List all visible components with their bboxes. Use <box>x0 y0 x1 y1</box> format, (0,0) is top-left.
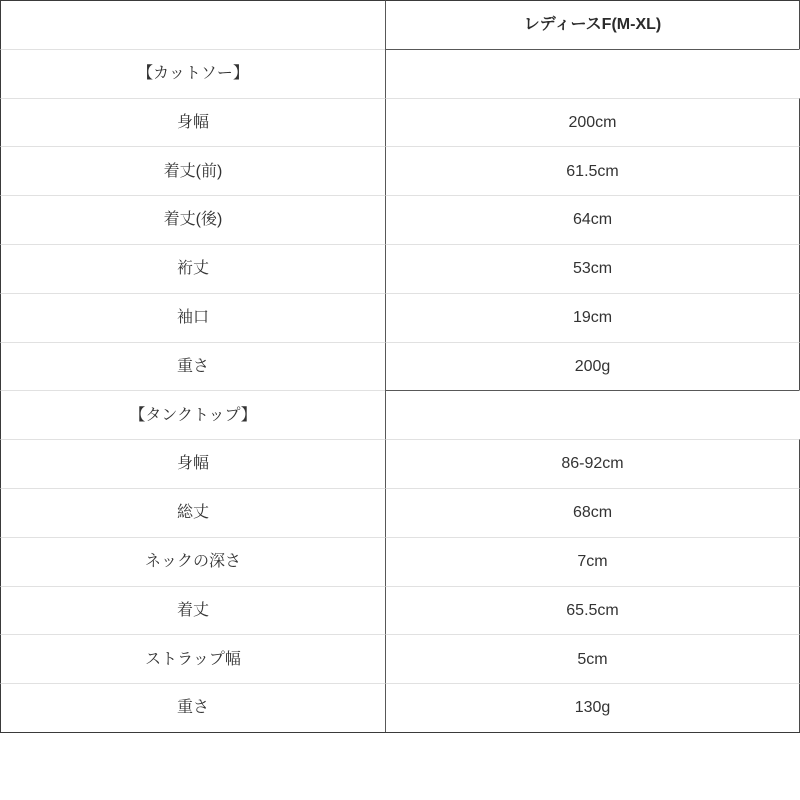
row-value: 200g <box>385 342 800 391</box>
row-value: 65.5cm <box>385 586 800 635</box>
size-chart-table: レディースF(M-XL) 【カットソー】 身幅 200cm 着丈(前) 61.5… <box>0 0 800 733</box>
table-row: ストラップ幅 5cm <box>0 634 800 683</box>
row-value: 200cm <box>385 98 800 147</box>
row-label: 身幅 <box>0 439 385 488</box>
row-value: 61.5cm <box>385 146 800 195</box>
table-row: 身幅 200cm <box>0 98 800 147</box>
section-value-cell <box>385 49 800 98</box>
header-size-label: レディースF(M-XL) <box>385 0 800 49</box>
section-label: 【タンクトップ】 <box>0 390 385 439</box>
table-row: 袖口 19cm <box>0 293 800 342</box>
row-value: 130g <box>385 683 800 732</box>
section-row-cutsew: 【カットソー】 <box>0 49 800 98</box>
row-label: ストラップ幅 <box>0 634 385 683</box>
header-empty-cell <box>0 0 385 49</box>
row-label: 着丈(前) <box>0 146 385 195</box>
row-label: 裄丈 <box>0 244 385 293</box>
row-label: 着丈(後) <box>0 195 385 244</box>
table-row: 身幅 86-92cm <box>0 439 800 488</box>
row-label: 重さ <box>0 683 385 732</box>
row-label: 着丈 <box>0 586 385 635</box>
row-label: 重さ <box>0 342 385 391</box>
row-value: 64cm <box>385 195 800 244</box>
table-row: 着丈 65.5cm <box>0 586 800 635</box>
table-row: 着丈(後) 64cm <box>0 195 800 244</box>
row-value: 19cm <box>385 293 800 342</box>
table-row: 総丈 68cm <box>0 488 800 537</box>
section-label: 【カットソー】 <box>0 49 385 98</box>
row-label: ネックの深さ <box>0 537 385 586</box>
row-label: 袖口 <box>0 293 385 342</box>
table-row: ネックの深さ 7cm <box>0 537 800 586</box>
section-row-tanktop: 【タンクトップ】 <box>0 390 800 439</box>
row-label: 総丈 <box>0 488 385 537</box>
table-row: 重さ 200g <box>0 342 800 391</box>
section-value-cell <box>385 390 800 439</box>
row-value: 5cm <box>385 634 800 683</box>
row-value: 7cm <box>385 537 800 586</box>
row-value: 68cm <box>385 488 800 537</box>
row-label: 身幅 <box>0 98 385 147</box>
row-value: 86-92cm <box>385 439 800 488</box>
row-value: 53cm <box>385 244 800 293</box>
table-row: 着丈(前) 61.5cm <box>0 146 800 195</box>
table-row: 裄丈 53cm <box>0 244 800 293</box>
header-row: レディースF(M-XL) <box>0 0 800 49</box>
table-row: 重さ 130g <box>0 683 800 732</box>
